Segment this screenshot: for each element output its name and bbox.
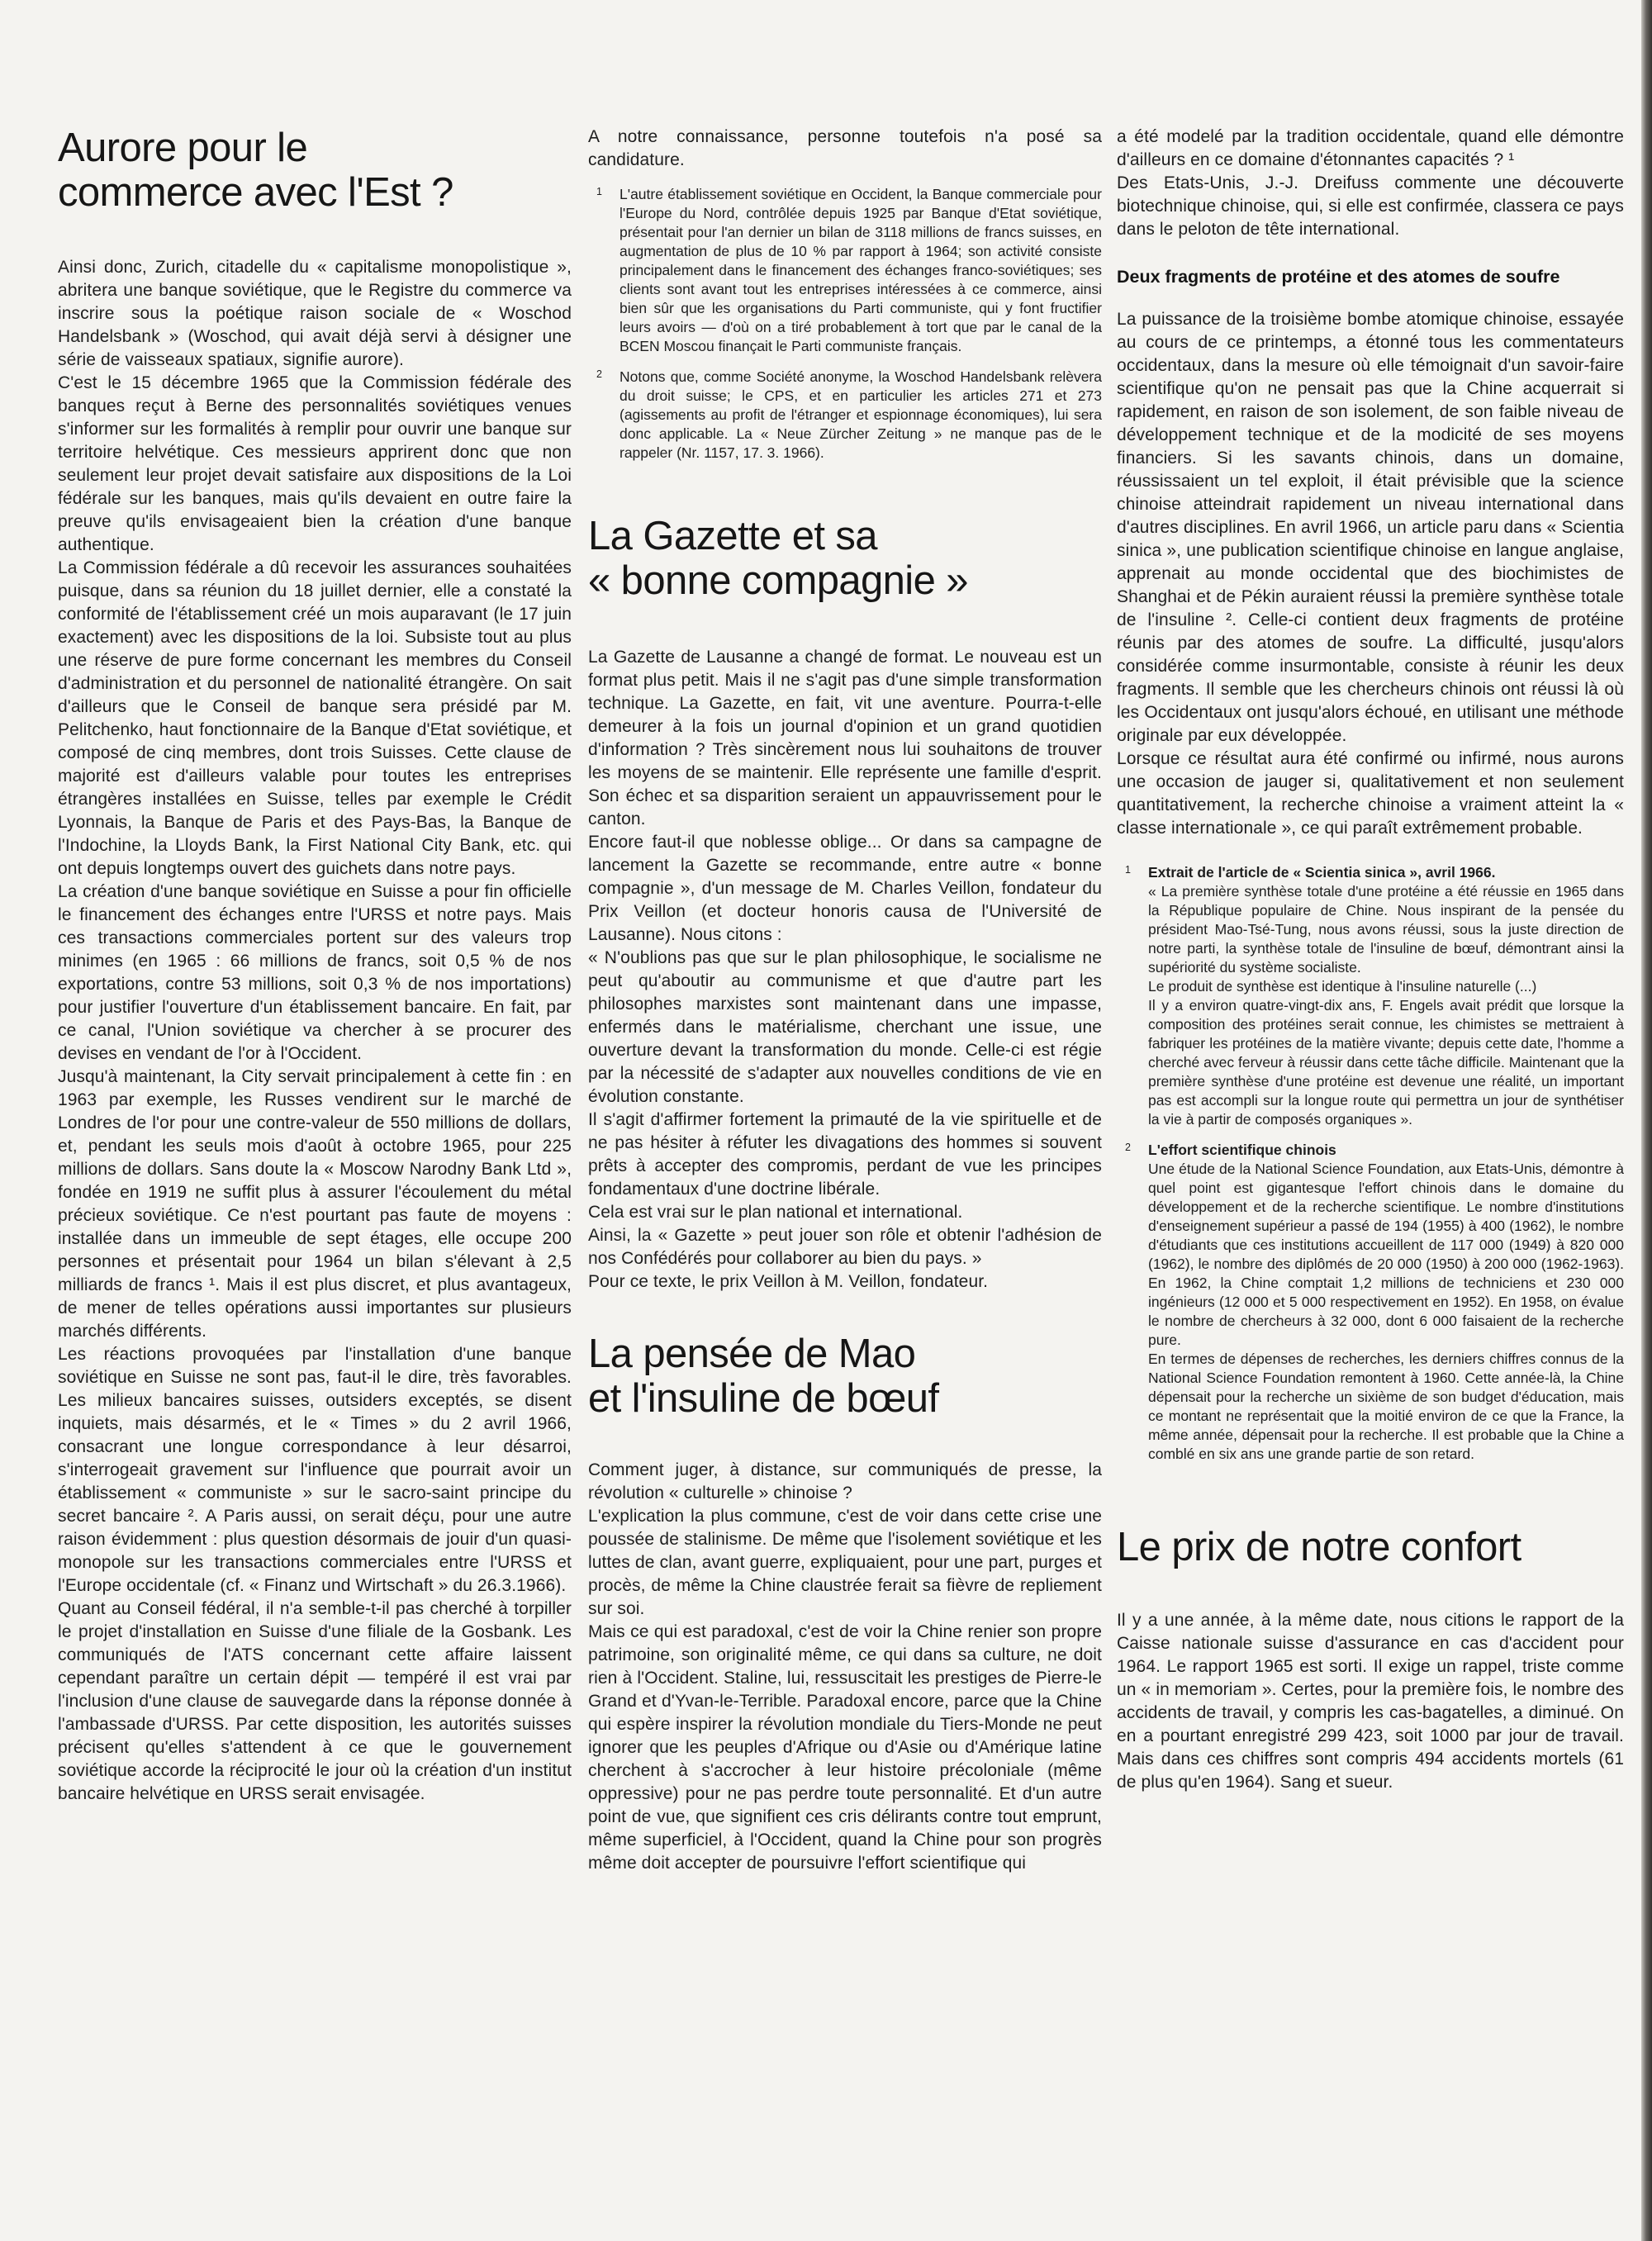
headline-gazette-line-2: « bonne compagnie » [588,558,1102,603]
headline-confort: Le prix de notre confort [1117,1525,1624,1569]
column-left: Aurore pour le commerce avec l'Est ? Ain… [58,126,572,1806]
aurore-paragraph: Jusqu'à maintenant, la City servait prin… [58,1066,572,1343]
headline-aurore-line-2: commerce avec l'Est ? [58,170,572,215]
aurore-paragraph: La création d'une banque soviétique en S… [58,881,572,1066]
gazette-paragraph: Pour ce texte, le prix Veillon à M. Veil… [588,1270,1102,1294]
footnote-1: 1 Extrait de l'article de « Scientia sin… [1117,863,1624,1129]
aurore-footnotes: 1 L'autre établissement soviétique en Oc… [588,185,1102,463]
footnote-text: « La première synthèse totale d'une prot… [1148,882,1624,977]
mao-paragraph: L'explication la plus commune, c'est de … [588,1505,1102,1621]
mao-paragraph: Lorsque ce résultat aura été confirmé ou… [1117,748,1624,840]
subhead-line-2: et des atomes de soufre [1356,267,1559,287]
column-middle: A notre connaissance, personne toutefois… [588,126,1102,1875]
column-right: a été modelé par la tradition occidental… [1117,126,1624,1794]
footnote-text: L'autre établissement soviétique en Occi… [619,186,1102,354]
headline-aurore-line-1: Aurore pour le [58,126,572,170]
gazette-paragraph: Il s'agit d'affirmer fortement la primau… [588,1109,1102,1201]
gazette-paragraph: « N'oublions pas que sur le plan philoso… [588,947,1102,1109]
footnote-text: Une étude de la National Science Foundat… [1148,1160,1624,1350]
headline-mao-line-2: et l'insuline de bœuf [588,1376,1102,1421]
gazette-paragraph: Ainsi, la « Gazette » peut jouer son rôl… [588,1224,1102,1270]
footnote-marker: 2 [596,365,602,384]
aurore-paragraph: La Commission fédérale a dû recevoir les… [58,557,572,881]
footnote-lead: L'effort scientifique chinois [1148,1141,1624,1160]
newspaper-page: Aurore pour le commerce avec l'Est ? Ain… [0,0,1652,2241]
scan-edge-shadow [1641,0,1652,2241]
gazette-paragraph: Cela est vrai sur le plan national et in… [588,1201,1102,1224]
headline-gazette: La Gazette et sa « bonne compagnie » [588,514,1102,603]
headline-gazette-line-1: La Gazette et sa [588,514,1102,558]
footnote-marker: 1 [1125,861,1131,880]
footnote-2: 2 L'effort scientifique chinois Une étud… [1117,1141,1624,1464]
aurore-closing-paragraph: A notre connaissance, personne toutefois… [588,126,1102,172]
footnote-text: En termes de dépenses de recherches, les… [1148,1350,1624,1464]
aurore-paragraph: Quant au Conseil fédéral, il n'a semble-… [58,1598,572,1806]
mao-paragraph: Des Etats-Unis, J.-J. Dreifuss commente … [1117,172,1624,241]
headline-mao-line-1: La pensée de Mao [588,1332,1102,1376]
footnote-text: Notons que, comme Société anonyme, la Wo… [619,368,1102,461]
footnote-text: Le produit de synthèse est identique à l… [1148,977,1624,996]
footnote-lead: Extrait de l'article de « Scientia sinic… [1148,863,1624,882]
footnote-marker: 1 [596,183,602,202]
subhead-proteine: Deux fragments de protéine et des atomes… [1117,266,1624,288]
mao-paragraph: Comment juger, à distance, sur communiqu… [588,1459,1102,1505]
footnote-2: 2 Notons que, comme Société anonyme, la … [588,368,1102,463]
mao-paragraph: Mais ce qui est paradoxal, c'est de voir… [588,1621,1102,1875]
footnote-text: Il y a environ quatre-vingt-dix ans, F. … [1148,996,1624,1129]
headline-mao: La pensée de Mao et l'insuline de bœuf [588,1332,1102,1421]
aurore-paragraph: Ainsi donc, Zurich, citadelle du « capit… [58,256,572,372]
footnote-1: 1 L'autre établissement soviétique en Oc… [588,185,1102,356]
confort-paragraph: Il y a une année, à la même date, nous c… [1117,1609,1624,1794]
gazette-paragraph: Encore faut-il que noblesse oblige... Or… [588,831,1102,947]
aurore-paragraph: Les réactions provoquées par l'installat… [58,1343,572,1598]
mao-continuation-paragraph: a été modelé par la tradition occidental… [1117,126,1624,172]
mao-paragraph: La puissance de la troisième bombe atomi… [1117,308,1624,748]
gazette-paragraph: La Gazette de Lausanne a changé de forma… [588,646,1102,831]
headline-confort-line-1: Le prix de notre confort [1117,1525,1624,1569]
headline-aurore: Aurore pour le commerce avec l'Est ? [58,126,572,215]
footnote-marker: 2 [1125,1138,1131,1157]
aurore-paragraph: C'est le 15 décembre 1965 que la Commiss… [58,372,572,557]
subhead-line-1: Deux fragments de protéine [1117,267,1351,287]
